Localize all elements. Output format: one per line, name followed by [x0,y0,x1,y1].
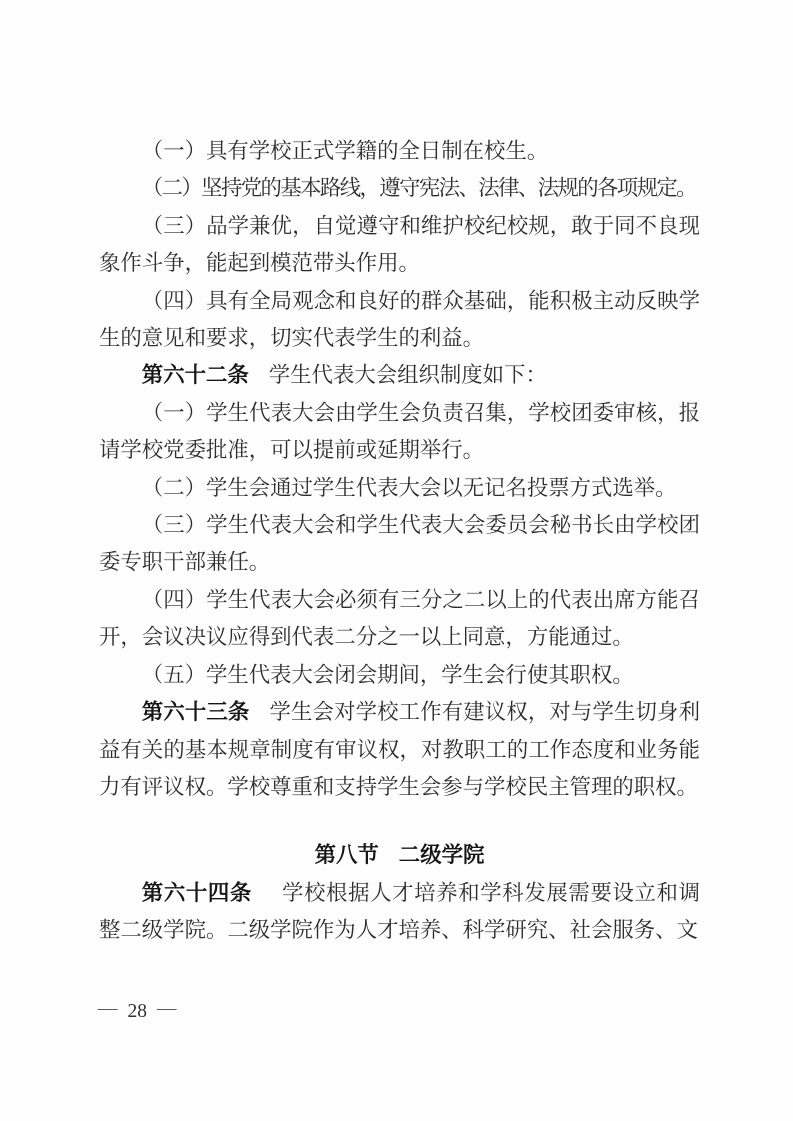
footer-dash-right: — [157,994,177,1024]
paragraph-text: （三）品学兼优，自觉遵守和维护校纪校规，敢于同不良现象作斗争，能起到模范带头作用… [99,214,700,275]
article-number: 第六十四条 [142,881,252,905]
clause-paragraph: （二）学生会通过学生代表大会以无记名投票方式选举。 [99,470,700,507]
paragraph-text: （二）学生会通过学生代表大会以无记名投票方式选举。 [142,476,677,500]
paragraph-text: （一）具有学校正式学籍的全日制在校生。 [142,139,548,163]
document-page: （一）具有学校正式学籍的全日制在校生。 （二）坚持党的基本路线，遵守宪法、法律、… [0,0,793,1121]
page-number-footer: —28— [98,997,177,1027]
paragraph-text: （五）学生代表大会闭会期间，学生会行使其职权。 [142,663,634,687]
page-body-text: （一）具有学校正式学籍的全日制在校生。 （二）坚持党的基本路线，遵守宪法、法律、… [99,133,700,950]
clause-paragraph: （一）具有学校正式学籍的全日制在校生。 [99,133,700,170]
article-paragraph: 第六十四条学校根据人才培养和学科发展需要设立和调整二级学院。二级学院作为人才培养… [99,875,700,950]
clause-paragraph: （四）学生代表大会必须有三分之二以上的代表出席方能召开，会议决议应得到代表二分之… [99,582,700,657]
paragraph-text: （一）学生代表大会由学生会负责召集，学校团委审核，报请学校党委批准，可以提前或延… [99,401,700,462]
paragraph-text: （四）学生代表大会必须有三分之二以上的代表出席方能召开，会议决议应得到代表二分之… [99,588,700,649]
clause-paragraph: （三）品学兼优，自觉遵守和维护校纪校规，敢于同不良现象作斗争，能起到模范带头作用… [99,208,700,283]
clause-paragraph: （三）学生代表大会和学生代表大会委员会秘书长由学校团委专职干部兼任。 [99,507,700,582]
paragraph-text: （四）具有全局观念和良好的群众基础，能积极主动反映学生的意见和要求，切实代表学生… [99,289,700,350]
footer-dash-left: — [98,994,118,1024]
clause-paragraph: （五）学生代表大会闭会期间，学生会行使其职权。 [99,657,700,694]
article-number: 第六十三条 [142,700,250,724]
paragraph-text: （三）学生代表大会和学生代表大会委员会秘书长由学校团委专职干部兼任。 [99,513,700,574]
clause-paragraph: （一）学生代表大会由学生会负责召集，学校团委审核，报请学校党委批准，可以提前或延… [99,395,700,470]
page-number: 28 [128,1001,148,1022]
clause-paragraph: （四）具有全局观念和良好的群众基础，能积极主动反映学生的意见和要求，切实代表学生… [99,283,700,358]
paragraph-text: 学生代表大会组织制度如下： [269,363,547,387]
section-number: 第八节 [315,843,379,867]
article-paragraph: 第六十二条学生代表大会组织制度如下： [99,357,700,394]
clause-paragraph: （二）坚持党的基本路线，遵守宪法、法律、法规的各项规定。 [99,170,700,207]
article-number: 第六十二条 [142,363,249,387]
section-heading: 第八节二级学院 [99,837,700,874]
article-paragraph: 第六十三条学生会对学校工作有建议权，对与学生切身利益有关的基本规章制度有审议权，… [99,694,700,806]
section-title: 二级学院 [399,843,485,867]
paragraph-text: （二）坚持党的基本路线，遵守宪法、法律、法规的各项规定。 [142,176,696,200]
